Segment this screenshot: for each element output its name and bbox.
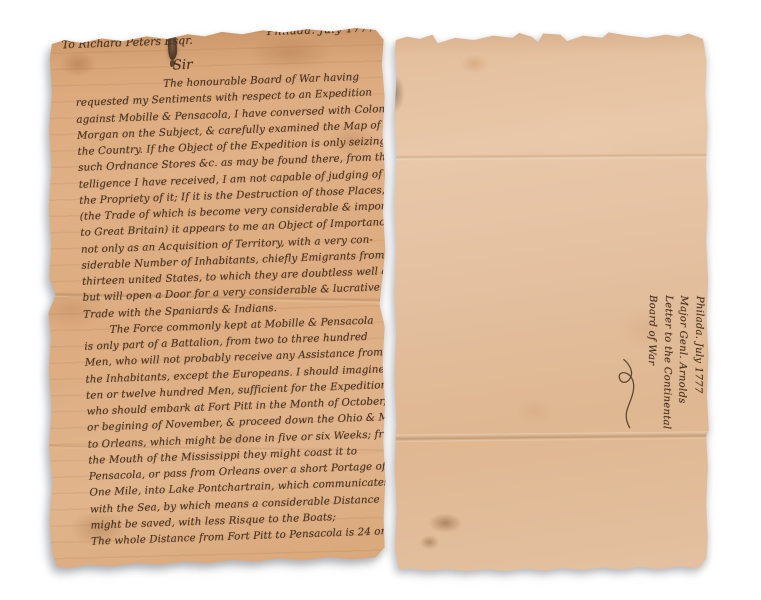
blank-page: Philada. July 1777 Major Genl. Arnolds L… [391, 28, 711, 575]
letter-page: To Richard Peters Esqr. Philada. July 17… [44, 26, 386, 572]
docket: Philada. July 1777 Major Genl. Arnolds L… [643, 295, 707, 432]
letter-page-wrap: To Richard Peters Esqr. Philada. July 17… [44, 26, 386, 572]
docket-flourish-icon [615, 356, 644, 430]
date-line: Philada. July 1777 [267, 21, 376, 38]
docket-line: Philada. July 1777 [689, 296, 707, 432]
address-line: To Richard Peters Esqr. [62, 34, 193, 52]
fold-crease [391, 153, 711, 161]
letter-heading: To Richard Peters Esqr. Philada. July 17… [62, 27, 376, 51]
letter-text: To Richard Peters Esqr. Philada. July 17… [54, 25, 398, 550]
docket-line: Letter to the Continental [658, 295, 676, 431]
fold-crease [391, 431, 711, 442]
docket-line: Major Genl. Arnolds [674, 295, 692, 431]
photo-canvas: To Richard Peters Esqr. Philada. July 17… [0, 0, 761, 600]
docket-page-wrap: Philada. July 1777 Major Genl. Arnolds L… [391, 28, 711, 575]
